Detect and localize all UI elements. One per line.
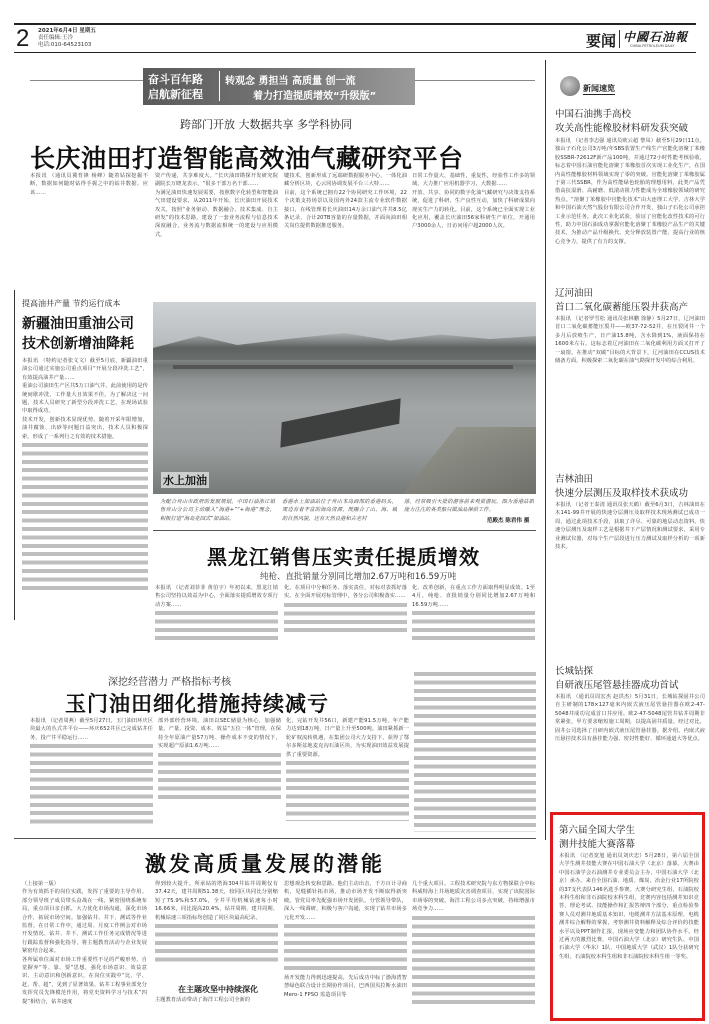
campaign-banner: 奋斗百年路 启航新征程 转观念 勇担当 高质量 创一流 着力打造提质增效“升级版… bbox=[143, 68, 415, 105]
sidebar-item-3-headline: 快速分层测压及取样技术获成功 bbox=[555, 485, 688, 499]
heilongjiang-headline: 黑龙江销售压实责任提质增效 bbox=[207, 541, 480, 570]
banner-right-rule bbox=[415, 80, 535, 81]
paper-logo-english: CHINA PETROLEUM DAILY bbox=[630, 44, 674, 48]
filler bbox=[412, 611, 535, 640]
header-top-rule bbox=[14, 23, 696, 25]
bottom-col4: 几个重大项目。工程技术研究院与东方物探联合中标科威特海上井场地质灾害调查项目，实… bbox=[412, 880, 535, 1020]
filler bbox=[286, 761, 409, 821]
phone-line: 电话:010-64523103 bbox=[38, 42, 91, 49]
sidebar-item-3-text: 本报讯 （记者王泰清 通讯员张天鹤）截至6月3日，吉林油田在木141-99井开展… bbox=[555, 501, 705, 651]
xinjiang-body-filler bbox=[22, 443, 148, 593]
lead-kicker: 跨部门开放 大数据共享 多学科协同 bbox=[180, 116, 352, 132]
lead-col3-text: 键技术，创新形成了远端研数据服务中心，一体化油藏分析区块，心云同协调发展平台三大… bbox=[284, 173, 407, 187]
sidebar-item-2-headline: 首口二氧化碳蓄能压裂井获高产 bbox=[555, 299, 688, 313]
bottom-col2-after: 主题教育活动带动了海洋工程公司全新的 bbox=[155, 996, 278, 1006]
lead-para-a: 为满足油田快速发展需要，按照数字化转型和智能油气田建设要求，从2011年开始，长… bbox=[155, 190, 278, 238]
heilongjiang-col3-text: 化、改革创新，在重点工作方面取得明显成效。1至4月，纯枪、直批销量分别同比增加2… bbox=[412, 585, 535, 608]
filler bbox=[414, 672, 536, 832]
heilongjiang-col2: 化，在项目中分解任务、落实责任，对标对表抓好落实。在全面开展对标管理中，各分公司… bbox=[284, 584, 407, 640]
xinjiang-kicker: 提高油井产量 节约运行成本 bbox=[22, 298, 121, 309]
sidebar-item-5-text: 本报讯 （记者宽旭 通讯员刘庆忠）5月28日，第六届全国大学生测井技能大赛在中国… bbox=[559, 852, 699, 1017]
globe-icon bbox=[560, 76, 580, 96]
bottom-col1-text: 作为有效抓手的岗位实践，发挥了重要的主导作用。部分领导班子成员带头奋战在一线，紧… bbox=[22, 889, 147, 954]
sidebar-item-5-company: 第六届全国大学生 bbox=[559, 822, 635, 836]
lead-col1: 本报讯 （通讯员冀育锋 杨峰）随着钻探挖掘不断，数据如何随时钻得手握之中的钻井数… bbox=[30, 172, 148, 284]
photo-credit: 范殿杰 陈君伟 摄 bbox=[487, 516, 529, 524]
yumen-col3-text: 化，完钻开发井56口，新建产能91.5万吨，年产能力达到18万吨，日产量上升至5… bbox=[286, 718, 409, 758]
bottom-headline: 激发高质量发展的潜能 bbox=[145, 848, 385, 878]
filler bbox=[30, 744, 153, 824]
date-line: 2021年6月4日 星期五 bbox=[38, 28, 96, 35]
xinjiang-para-a: 重油公司油田生产区共5万口油气井，此前使用的是传统间歇冲洗，工作量大且效果不佳。… bbox=[22, 383, 148, 414]
banner-left-line1: 奋斗百年路 bbox=[148, 71, 203, 87]
sidebar-item-1-company: 中国石油携手高校 bbox=[555, 106, 631, 120]
banner-right-line2: 着力打造提质增效“升级版” bbox=[253, 87, 376, 102]
filler bbox=[412, 916, 535, 1006]
yumen-col3: 化，完钻开发井56口，新建产能91.5万吨，年产能力达到18万吨，日产量上升至5… bbox=[286, 717, 409, 832]
heilongjiang-col3: 化、改革创新，在重点工作方面取得明显成效。1至4月，纯枪、直批销量分别同比增加2… bbox=[412, 584, 535, 640]
bottom-col1: （上接第一版）作为有效抓手的岗位实践，发挥了重要的主导作用。部分领导班子成员带头… bbox=[22, 880, 147, 1020]
lead-col4: 日常工作量大，基础性，重复性，经验性工作多的领域，大力推广应用机器学习，大数据…… bbox=[412, 172, 535, 284]
photo-shoreline bbox=[403, 427, 536, 494]
photo-caption-col1: 为配合舟山市政府的发展规划，中国石油浙江销售舟山分公司主动融入“海港+”“+海港… bbox=[160, 498, 275, 524]
banner-divider bbox=[219, 71, 220, 101]
editor-line: 责任编辑:王冷 bbox=[38, 35, 73, 42]
section-title: 要闻 bbox=[586, 30, 616, 51]
sidebar-item-1-headline: 攻关高性能橡胶材料研发获突破 bbox=[555, 120, 688, 134]
yumen-headline: 玉门油田细化措施持续减亏 bbox=[65, 688, 329, 718]
filler bbox=[158, 753, 281, 803]
yumen-col2-text: 部外部经营环境。油田以SEC储量为核心，加强储量、产量、投资、成本、效益“五位一… bbox=[158, 718, 281, 749]
news-photo-water-refueling: 水上加油 bbox=[153, 302, 536, 494]
photo-mountains bbox=[153, 330, 536, 360]
sidebar-item-4-company: 长城钻探 bbox=[555, 663, 593, 677]
bottom-subhead: 在主题攻坚中持续深化 bbox=[178, 984, 258, 995]
filler bbox=[155, 611, 278, 640]
lead-col2: 资产传递，共享难度大。“长庆油田勘探开发研究院副院长万晓龙表示，“很多干部万名干… bbox=[155, 172, 278, 284]
sidebar-item-5-headline: 测井技能大赛落幕 bbox=[559, 836, 635, 850]
header-bottom-rule bbox=[14, 52, 696, 53]
banner-left-rule bbox=[30, 80, 145, 81]
bottom-col4-text: 几个重大项目。工程技术研究院与东方物探联合中标科威特海上井场地质灾害调查项目，实… bbox=[412, 881, 535, 912]
banner-left-line2: 启航新征程 bbox=[148, 86, 203, 102]
bottom-col2: 得到较大提升。所承钻的塔海304井钻井周期仅有37.42天，建井周期51.38天… bbox=[155, 880, 278, 980]
sidebar-item-4-headline: 自研液压尾管悬挂器成功首试 bbox=[555, 677, 679, 691]
banner-right-line1: 转观念 勇担当 高质量 创一流 bbox=[225, 72, 355, 87]
photo-caption-title: 水上加油 bbox=[161, 472, 209, 488]
photo-caption-col2: 岙港水上加油站位于舟山本岛西部的岙港码头，周边有着丰富的海岛资源，既融合了山、海… bbox=[282, 498, 397, 524]
sidebar-section-title: 新闻速览 bbox=[583, 83, 615, 95]
bottom-col3: 思想观念转变和思路。他们主动出击，千方百计寻商机，见缝插针拓市场，推动市场开发不… bbox=[284, 880, 407, 1020]
photo-caption-col3: 落，经常吸引大批的游客前来观赏游玩。图为岙港站职能力注注的各类船只做油品保供工作… bbox=[404, 498, 534, 516]
bottom-col1-text2: 各所属单位面对市场工作重要性不足的严峻形势，自觉摒弃“等、靠、要”思想，强化市场… bbox=[22, 957, 147, 1005]
bottom-col3-text: 思想观念转变和思路。他们主动出击，千方百计寻商机，见缝插针拓市场，推动市场开发不… bbox=[284, 881, 407, 921]
sidebar-item-4-text: 本报讯 （通讯员周宏杰 赵洪杰）5月31日，长城钻探固井公司自主研制的178×1… bbox=[555, 693, 705, 813]
heilongjiang-col2-text: 化，在项目中分解任务、落实责任，对标对表抓好落实。在全面开展对标管理中，各分公司… bbox=[284, 585, 407, 599]
photo-tanker-ship bbox=[280, 398, 400, 447]
xinjiang-headline-2: 技术创新增油降耗 bbox=[22, 333, 134, 353]
xinjiang-lede: 本报讯 （特约记者张文文）截至5月底，新疆油田重油公司通过实施公司重点项目“开展… bbox=[22, 358, 148, 381]
lead-col4-text: 日常工作量大，基础性，重复性，经验性工作多的领域，大力推广应用机器学习，大数据…… bbox=[412, 173, 535, 187]
page-number: 2 bbox=[16, 25, 29, 53]
filler bbox=[155, 924, 278, 964]
paper-logo: 中國石油報 bbox=[623, 28, 688, 45]
xinjiang-body: 本报讯 （特约记者张文文）截至5月底，新疆油田重油公司通过实施公司重点项目“开展… bbox=[22, 357, 148, 619]
bottom-story-top-rule bbox=[14, 838, 536, 839]
xinjiang-para-b: 技术开发，创新技术显现优势。随着开采年限增加，油井腐蚀、出砂等问题日益突出，技术… bbox=[22, 417, 148, 440]
heilongjiang-col1: 本报讯 （记者刘菲菲 黄伯宇）年初以来，黑龙江销售公司坚持以效益为中心，全面落实… bbox=[155, 584, 278, 640]
lead-col3: 键技术，创新形成了远端研数据服务中心，一体化油藏分析区块，心云同协调发展平台三大… bbox=[284, 172, 407, 284]
yumen-col2: 部外部经营环境。油田以SEC储量为核心，加强储量、产量、投资、成本、效益“五位一… bbox=[158, 717, 281, 832]
sidebar-rule bbox=[545, 60, 546, 840]
yumen-col1: 本报讯 （记者周燕）截至5月27日，玉门油田环庆区块最大的丛式井平台——环庆65… bbox=[30, 717, 153, 832]
heilongjiang-subhead: 纯枪、直批销量分别同比增加2.67万吨和16.59万吨 bbox=[260, 570, 456, 582]
lead-lede: 本报讯 （通讯员冀育锋 杨峰）随着钻探挖掘不断，数据如何随时钻得手握之中的钻井数… bbox=[30, 173, 148, 196]
continued-from: （上接第一版） bbox=[22, 881, 59, 887]
photo-bottom-rule bbox=[153, 530, 536, 531]
bottom-col3-end: 场开发能力得到迅速提高，先后成功中标了渤海湾智慧绿色联合设计长期协作项目，巴西国… bbox=[284, 975, 407, 998]
sidebar-item-2-company: 辽河油田 bbox=[555, 285, 593, 299]
filler bbox=[284, 603, 407, 635]
lead-para-b: 目前，这个系统已拥有22个协同研究工作环境，22个决策支持场景以及国内外24款主… bbox=[284, 190, 407, 230]
lead-para-c: 开放、共享、协同的数字化油气藏研究与决策支持系统，促进了科研、生产良性互动，加快… bbox=[412, 190, 535, 230]
sidebar-item-2-text: 本报讯 （记者罗雪松 通讯员张林鹏 徐静）5月27日，辽河油田首口二氧化碳蓄能压… bbox=[555, 315, 705, 460]
yumen-col4 bbox=[414, 672, 536, 832]
left-column-rule bbox=[14, 290, 15, 620]
heilongjiang-lede: 本报讯 （记者刘菲菲 黄伯宇）年初以来，黑龙江销售公司坚持以效益为中心，全面落实… bbox=[155, 585, 278, 608]
filler bbox=[284, 924, 407, 974]
bottom-col2-text: 得到较大提升。所承钻的塔海304井钻井周期仅有37.42天，建井周期51.38天… bbox=[155, 881, 278, 921]
yumen-lede: 本报讯 （记者周燕）截至5月27日，玉门油田环庆区块最大的丛式井平台——环庆65… bbox=[30, 718, 153, 741]
lead-headline: 长庆油田打造智能高效油气藏研究平台 bbox=[30, 139, 464, 175]
xinjiang-headline-1: 新疆油田重油公司 bbox=[22, 313, 134, 333]
sidebar-item-1-text: 本报讯 （记者李志强 通讯员欧云超 黎凤）截至5月29日11点，独山子石化公司3… bbox=[555, 137, 705, 273]
lead-col2-text: 资产传递，共享难度大。“长庆油田勘探开发研究院副院长万晓龙表示，“很多干部万名干… bbox=[155, 173, 278, 187]
sidebar-item-3-company: 吉林油田 bbox=[555, 471, 593, 485]
photo-bridge bbox=[173, 365, 513, 369]
yumen-kicker: 深挖经营潜力 严格指标考核 bbox=[108, 673, 231, 688]
highlighted-article-box[interactable]: 第六届全国大学生 测井技能大赛落幕 本报讯 （记者宽旭 通讯员刘庆忠）5月28日… bbox=[550, 812, 705, 1021]
section-divider bbox=[619, 30, 620, 48]
